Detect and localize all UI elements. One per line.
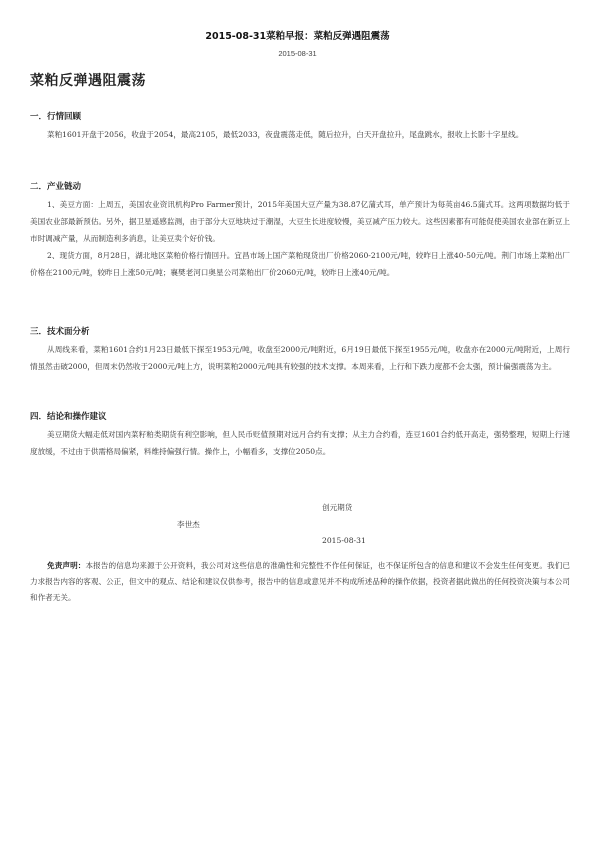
signature-company: 创元期货 xyxy=(322,502,352,513)
section-paragraph: 2、现货方面，8月28日，湖北地区菜粕价格行情回升。宜昌市场上国产菜粕现货出厂价… xyxy=(30,247,570,281)
signature-date: 2015-08-31 xyxy=(322,536,366,545)
section-heading: 一．行情回顾 xyxy=(30,110,570,122)
section-heading: 四．结论和操作建议 xyxy=(30,410,570,422)
section-heading: 二．产业链动 xyxy=(30,180,570,192)
report-date: 2015-08-31 xyxy=(0,49,595,58)
section-paragraph: 菜粕1601开盘于2056，收盘于2054，最高2105，最低2033，夜盘震荡… xyxy=(30,126,570,143)
section-paragraph: 从周线来看，菜粕1601合约1月23日最低下探至1953元/吨，收盘至2000元… xyxy=(30,341,570,375)
section-technical-analysis: 三．技术面分析 从周线来看，菜粕1601合约1月23日最低下探至1953元/吨，… xyxy=(30,325,570,375)
section-industry-chain: 二．产业链动 1、美豆方面：上周五，美国农业资讯机构Pro Farmer预计，2… xyxy=(30,180,570,281)
disclaimer-label: 免责声明： xyxy=(47,561,85,570)
section-paragraph: 美豆期货大幅走低对国内菜籽粕类期货有利空影响，但人民币贬值预期对远月合约有支撑；… xyxy=(30,426,570,460)
disclaimer: 免责声明：本报告的信息均来源于公开资料，我公司对这些信息的准确性和完整性不作任何… xyxy=(30,558,570,606)
section-heading: 三．技术面分析 xyxy=(30,325,570,337)
disclaimer-text: 本报告的信息均来源于公开资料，我公司对这些信息的准确性和完整性不作任何保证，也不… xyxy=(30,561,570,602)
section-paragraph: 1、美豆方面：上周五，美国农业资讯机构Pro Farmer预计，2015年美国大… xyxy=(30,196,570,247)
section-market-review: 一．行情回顾 菜粕1601开盘于2056，收盘于2054，最高2105，最低20… xyxy=(30,110,570,143)
article-title: 菜粕反弹遇阻震荡 xyxy=(30,70,146,90)
signature-author: 李世杰 xyxy=(177,519,200,530)
section-conclusion: 四．结论和操作建议 美豆期货大幅走低对国内菜籽粕类期货有利空影响，但人民币贬值预… xyxy=(30,410,570,460)
report-title: 2015-08-31菜粕早报：菜粕反弹遇阻震荡 xyxy=(0,28,595,42)
